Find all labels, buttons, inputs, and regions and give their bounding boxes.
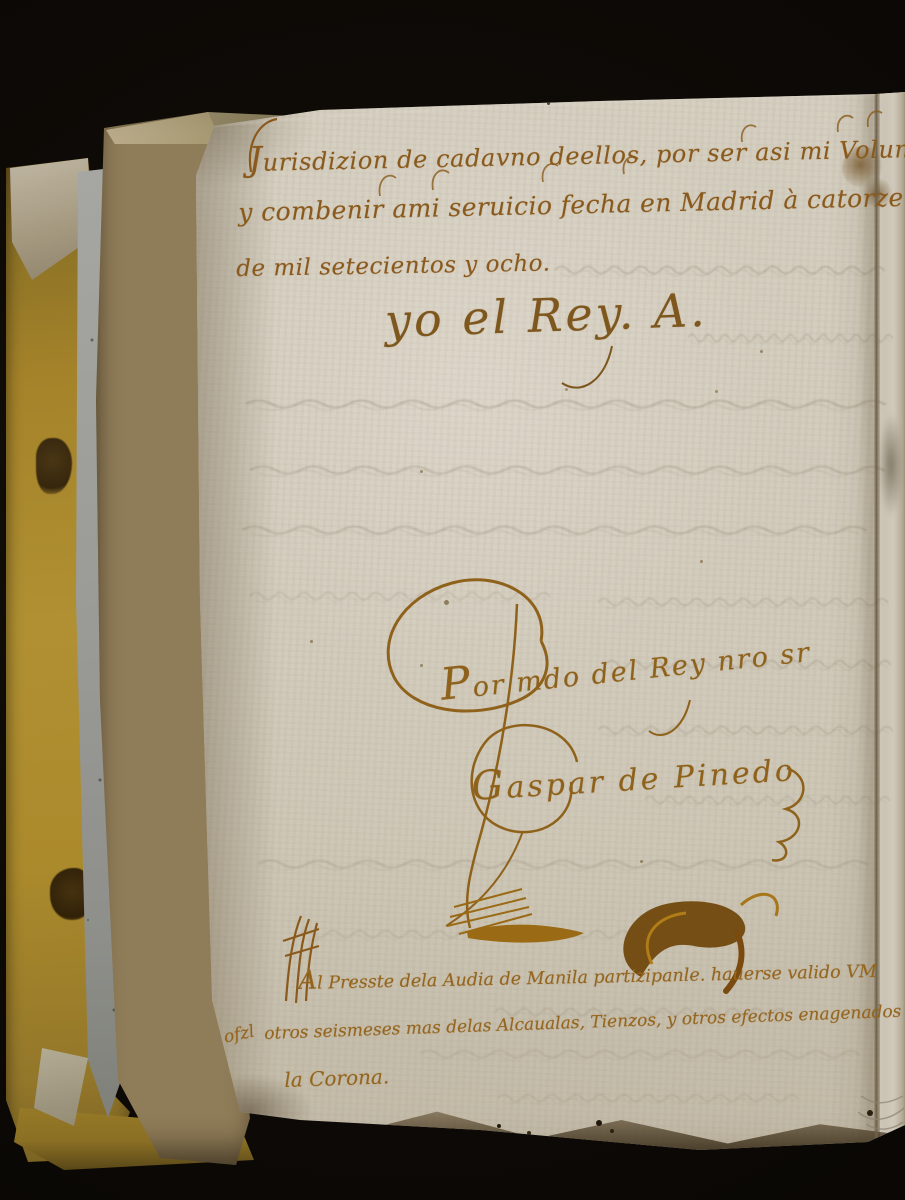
manuscript-photo: Jurisdizion de cadavno deellos, por ser …: [0, 0, 905, 1200]
show-through-text-band: [498, 1086, 798, 1106]
show-through-text-band: [250, 458, 885, 478]
show-through-text-band: [246, 392, 886, 412]
show-through-text-band: [300, 922, 630, 942]
show-through-text-band: [598, 718, 893, 738]
show-through-text-band: [598, 590, 888, 610]
show-through-text-band: [258, 852, 868, 872]
body-line-3: de mil setecientos y ocho.: [236, 251, 551, 282]
edge-specks: [497, 1124, 501, 1128]
show-through-text-band: [250, 584, 550, 604]
adjacent-page-edge: [880, 92, 905, 1137]
show-through-text-band: [420, 1042, 860, 1062]
show-through-text-band: [688, 326, 893, 346]
annotation-line-3: la Corona.: [284, 1064, 390, 1092]
show-through-text-band: [242, 518, 867, 538]
foxing-spots: [310, 640, 313, 643]
show-through-text-band: [555, 258, 885, 278]
royal-signature: yo el Rey. A.: [384, 283, 708, 348]
edge-smudge: [878, 400, 904, 530]
